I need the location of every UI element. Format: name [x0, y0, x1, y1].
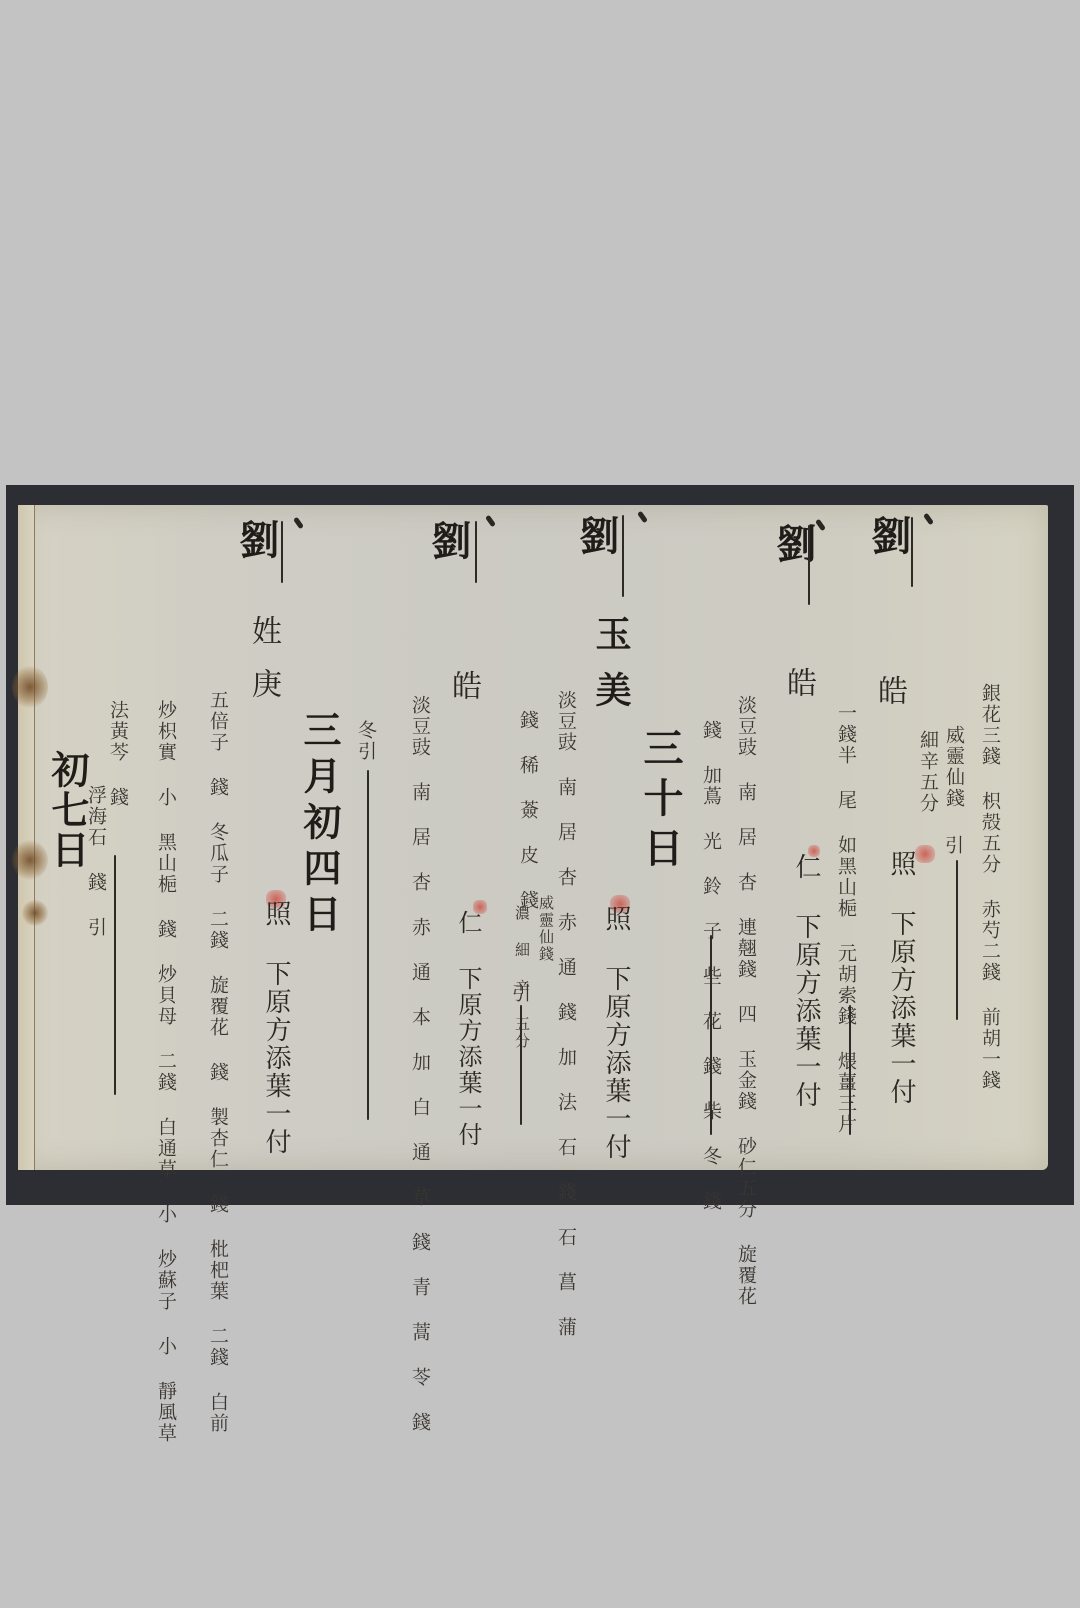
column-rule	[710, 935, 712, 1135]
punctuation-mark	[485, 515, 496, 528]
stain-mark	[12, 665, 48, 709]
entry-3-note: 引	[510, 983, 529, 1004]
red-seal-mark	[915, 845, 935, 863]
entry-5-date: 三月初四日	[300, 710, 338, 940]
punctuation-mark	[293, 517, 304, 530]
entry-5-date-b: 初七日	[48, 750, 86, 870]
entry-1-ingredients-b: 細辛五分	[918, 730, 937, 814]
entry-5-ingredients-c: 法黃芩 錢	[108, 700, 127, 808]
entry-5-header: 劉	[236, 519, 276, 561]
entry-3-ingredients-c: 威靈仙錢	[538, 895, 553, 963]
entry-3-ingredients-a: 淡豆豉 南 居 杏 赤 通 錢 加 法 石 錢 石 菖 蒲	[556, 690, 575, 1338]
stain-mark	[12, 840, 48, 880]
entry-2-header: 劉	[773, 523, 813, 565]
entry-1-prescription: 照 下原方添葉一付	[888, 850, 914, 1106]
punctuation-mark	[923, 513, 934, 526]
stain-mark	[22, 900, 48, 926]
entry-2-ingredients-a: 一錢半 尾 如黑山梔 元胡索錢 煨薑三片	[836, 703, 855, 1135]
entry-3-header: 劉	[576, 515, 616, 557]
column-rule	[956, 860, 958, 1020]
entry-3-date: 三十日	[640, 727, 680, 877]
entry-4-title: 皓	[448, 670, 478, 702]
entry-5-prescription: 照 下原方添葉一付	[263, 900, 289, 1156]
entry-4-prescription: 仁 下原方添葉一付	[456, 910, 480, 1148]
entry-1-header: 劉	[868, 515, 908, 557]
entry-5-name-b: 庚	[248, 668, 278, 700]
entry-5-ingredients-b: 炒枳實 小 黑山梔 錢 炒貝母 二錢 白通草 小 炒蘇子 小 靜風草	[156, 700, 175, 1444]
entry-5-ingredients-a: 五倍子 錢 冬瓜子 二錢 旋覆花 錢 製杏仁 錢 枇杷葉 二錢 白前	[208, 690, 227, 1434]
column-rule	[281, 521, 283, 583]
column-rule	[849, 1005, 851, 1135]
entry-4-header: 劉	[428, 520, 468, 562]
column-rule	[808, 525, 810, 605]
entry-3-ingredients-b: 錢 稀 薟 皮 錢	[518, 710, 537, 911]
column-rule	[367, 770, 369, 1120]
entry-2-title: 皓	[783, 667, 813, 699]
entry-2-ingredients-b: 淡豆豉 南 居 杏 連翹錢 四 玉金錢 砂仁五分 旋覆花	[736, 695, 755, 1307]
column-rule	[911, 517, 913, 587]
column-rule	[622, 515, 624, 597]
entry-2-prescription: 仁 下原方添葉一付	[793, 853, 819, 1109]
entry-3-prescription: 照 下原方添葉一付	[603, 905, 629, 1161]
column-rule	[114, 855, 116, 1095]
entry-3-name: 玉美	[593, 615, 629, 727]
entry-4-note: 冬引	[356, 720, 375, 762]
entry-5-name-a: 姓	[248, 615, 278, 647]
column-rule	[520, 1005, 522, 1125]
entry-1-ingredients-c: 威靈仙錢	[944, 725, 963, 809]
entry-4-ingredients-a: 淡豆豉 南 居 杏 赤 通 本 加 白 通 草 錢 青 蒿 苓 錢	[410, 695, 429, 1433]
entry-1-title: 皓	[874, 675, 904, 707]
column-rule	[475, 521, 477, 583]
entry-1-ingredients-a: 銀花三錢 枳殻五分 赤芍二錢 前胡一錢	[980, 683, 999, 1091]
punctuation-mark	[637, 511, 648, 524]
entry-1-note: 引	[943, 835, 962, 856]
manuscript-page: 劉 皓 銀花三錢 枳殻五分 赤芍二錢 前胡一錢 威靈仙錢 細辛五分 引 照 下原…	[18, 505, 1048, 1170]
